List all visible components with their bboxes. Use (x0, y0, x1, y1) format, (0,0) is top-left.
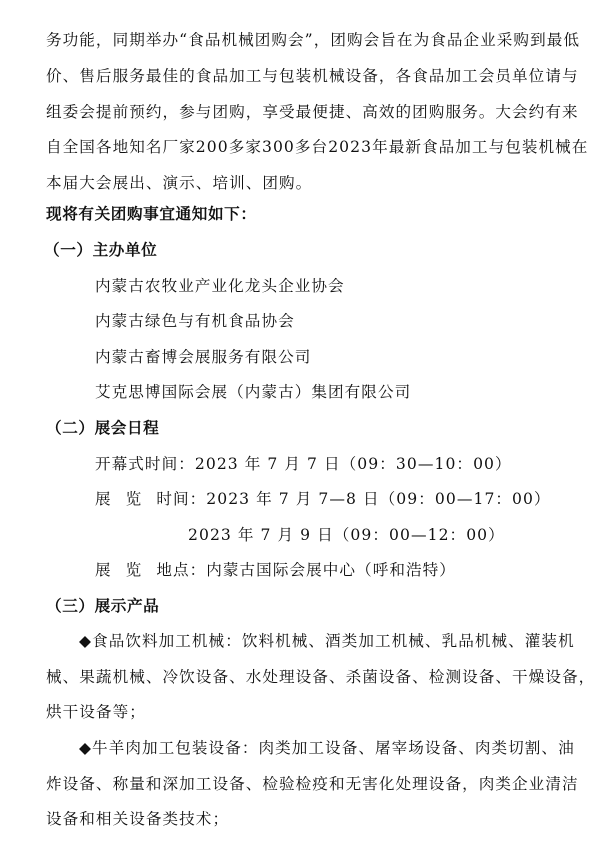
intro-line: 务功能，同期举办“食品机械团购会”，团购会旨在为食品企业采购到最低 (46, 22, 562, 58)
exhibit-time-value: 2023 年 7 月 7—8 日（09：00—17：00） (206, 490, 550, 508)
section-title-products: （三）展示产品 (46, 588, 159, 624)
product-line: ◆牛羊肉加工包装设备：肉类加工设备、屠宰场设备、肉类切割、油 (79, 730, 562, 766)
product-line: 设备和相关设备类技术； (46, 801, 562, 837)
diamond-bullet-icon: ◆ (79, 632, 92, 650)
opening-time-value: 2023 年 7 月 7 日（09：30—10：00） (195, 455, 512, 473)
product-line: 烘干设备等； (46, 694, 562, 730)
venue-label: 展 (95, 561, 112, 579)
exhibit-time-row-2: 2023 年 7 月 9 日（09：00—12：00） (188, 517, 505, 553)
venue-label: 地点： (156, 561, 206, 579)
intro-line: 自全国各地知名厂家200多家300多台2023年最新食品加工与包装机械在 (46, 129, 562, 165)
document-page: 务功能，同期举办“食品机械团购会”，团购会旨在为食品企业采购到最低 价、售后服务… (0, 0, 596, 853)
notice-heading: 现将有关团购事宜通知如下： (46, 196, 257, 232)
exhibit-time-label: 展 (95, 490, 112, 508)
intro-line: 价、售后服务最佳的食品加工与包装机械设备，各食品加工会员单位请与 (46, 58, 562, 94)
intro-line: 组委会提前预约，参与团购，享受最便捷、高效的团购服务。大会约有来 (46, 94, 562, 130)
product-line: 炸设备、称量和深加工设备、检验检疫和无害化处理设备，肉类企业清洁 (46, 766, 562, 802)
exhibit-time-row: 展览时间：2023 年 7 月 7—8 日（09：00—17：00） (95, 481, 551, 517)
exhibit-time-label: 时间： (156, 490, 206, 508)
exhibit-time-label: 览 (126, 490, 143, 508)
venue-row: 展览地点：内蒙古国际会展中心（呼和浩特） (95, 552, 456, 588)
organizer-item: 内蒙古绿色与有机食品协会 (95, 303, 295, 339)
section-title-schedule: （二）展会日程 (46, 410, 159, 446)
organizer-item: 内蒙古农牧业产业化龙头企业协会 (95, 268, 345, 304)
opening-time-label: 开幕式时间： (95, 455, 195, 473)
opening-time-row: 开幕式时间：2023 年 7 月 7 日（09：30—10：00） (95, 446, 512, 482)
product-line: 械、果蔬机械、冷饮设备、水处理设备、杀菌设备、检测设备、干燥设备， (46, 659, 562, 695)
diamond-bullet-icon: ◆ (79, 739, 92, 757)
venue-label: 览 (126, 561, 143, 579)
section-title-organizers: （一）主办单位 (44, 232, 157, 268)
product-line: ◆食品饮料加工机械：饮料机械、酒类加工机械、乳品机械、灌装机 (79, 623, 562, 659)
organizer-item: 艾克思博国际会展（内蒙古）集团有限公司 (95, 374, 411, 410)
organizer-item: 内蒙古畜博会展服务有限公司 (95, 339, 311, 375)
venue-value: 内蒙古国际会展中心（呼和浩特） (206, 561, 456, 579)
